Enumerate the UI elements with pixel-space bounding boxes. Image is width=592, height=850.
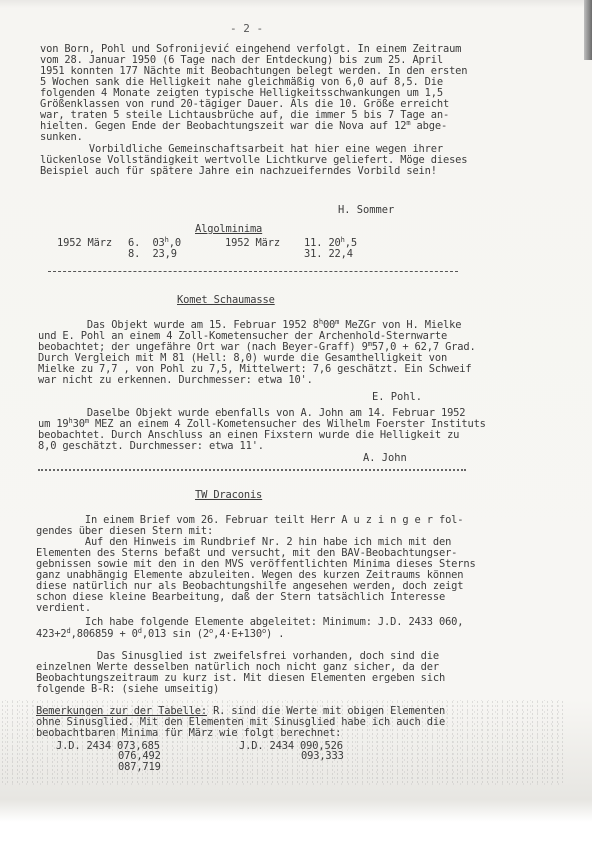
formula-part: ) . bbox=[266, 628, 284, 640]
nova-line: sunken. bbox=[40, 132, 83, 143]
formula-part: ,013 sin (2 bbox=[142, 628, 209, 640]
draconis-heading: TW Draconis bbox=[195, 490, 262, 501]
elements-formula: 423+2d,806859 + 0d,013 sin (2o,4·E+130o)… bbox=[36, 629, 284, 640]
draconis-line: schon diese kleine Bearbeitung, daß der … bbox=[36, 592, 445, 603]
draconis-line: folgende B-R: (siehe umseitig) bbox=[36, 684, 219, 695]
section-divider bbox=[48, 271, 458, 273]
nova-line: hielten. Gegen Ende der Beobachtungszeit… bbox=[40, 121, 447, 132]
comet-line: 8,0 geschätzt. Durchmesser: etwa 11'. bbox=[38, 441, 264, 452]
comet-line: war nicht zu erkennen. Durchmesser: etwa… bbox=[38, 375, 313, 386]
algol-row: 31. 22,4 bbox=[304, 249, 353, 260]
formula-part: 423+2 bbox=[36, 628, 67, 640]
nova-line-tail: abge- bbox=[410, 120, 447, 132]
nova-line: Beispiel auch für spätere Jahre ein nach… bbox=[40, 166, 437, 177]
signature-pohl: E. Pohl. bbox=[372, 391, 422, 403]
algol-heading: Algolminima bbox=[195, 224, 262, 235]
draconis-line: Ich habe folgende Elemente abgeleitet: M… bbox=[36, 617, 463, 628]
minima-right: 093,333 bbox=[301, 751, 344, 762]
comet-heading: Komet Schaumasse bbox=[177, 295, 275, 306]
algol-hours: 22 bbox=[328, 248, 340, 260]
signature-john: A. John bbox=[363, 452, 407, 464]
algol-hours: 23 bbox=[152, 248, 164, 260]
signature-sommer: H. Sommer bbox=[338, 204, 394, 216]
page-number: - 2 - bbox=[230, 22, 263, 35]
algol-left-label: 1952 März bbox=[57, 238, 112, 249]
draconis-line: verdient. bbox=[36, 603, 91, 614]
algol-right-label: 1952 März bbox=[225, 238, 280, 249]
section-divider bbox=[38, 469, 466, 473]
minima-left: 087,719 bbox=[118, 762, 161, 773]
remarks-line: beobachtbaren Minima für März wie folgt … bbox=[36, 728, 341, 739]
nova-line-text: hielten. Gegen Ende der Beobachtungszeit… bbox=[40, 120, 406, 132]
typewritten-page: - 2 - von Born, Pohl und Sofronijević ei… bbox=[0, 0, 592, 850]
algol-frac: ,9 bbox=[165, 248, 177, 260]
algol-day: 31. bbox=[304, 248, 322, 260]
algol-row: 8. 23,9 bbox=[128, 249, 177, 260]
formula-part: ,806859 + 0 bbox=[71, 628, 138, 640]
formula-part: ,4·E+130 bbox=[213, 628, 262, 640]
algol-frac: ,4 bbox=[341, 248, 353, 260]
page-edge-shadow bbox=[584, 0, 592, 60]
algol-day: 8. bbox=[128, 248, 140, 260]
